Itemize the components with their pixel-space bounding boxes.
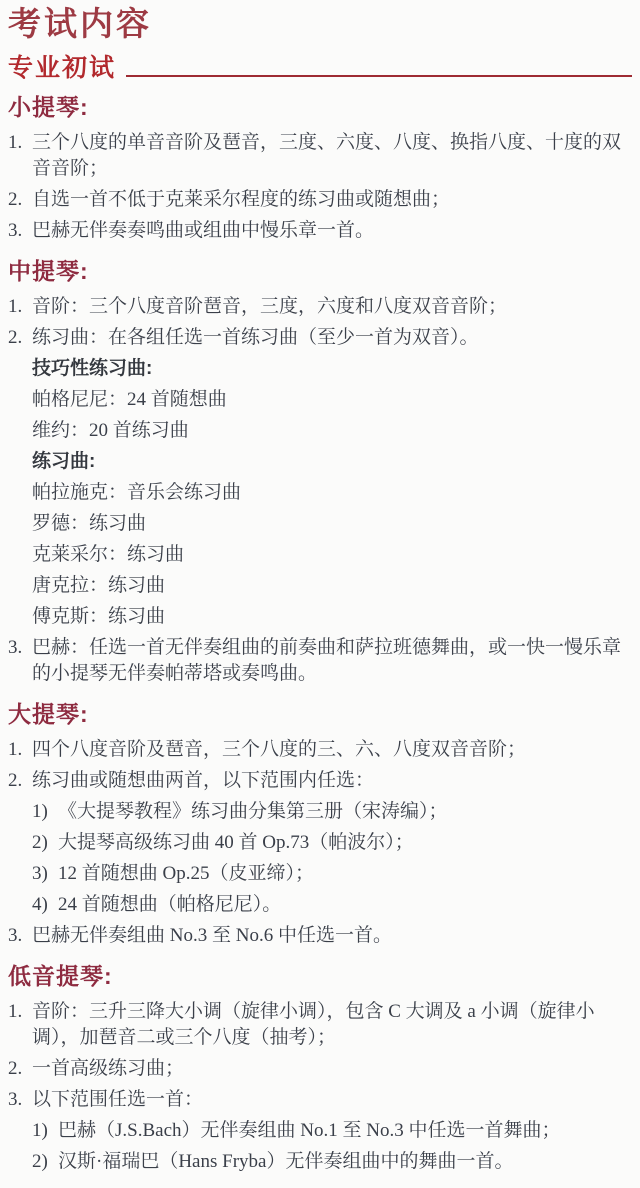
item-number: 3. — [8, 635, 32, 687]
item-number: 3. — [8, 923, 32, 949]
etude-entry: 傅克斯：练习曲 — [32, 604, 634, 630]
list-item: 2. 练习曲：在各组任选一首练习曲（至少一首为双音）。 — [8, 325, 634, 351]
etude-entry: 罗德：练习曲 — [32, 511, 634, 537]
etude-entry: 帕拉施克：音乐会练习曲 — [32, 480, 634, 506]
item-number: 2. — [8, 1056, 32, 1082]
etude-entry: 唐克拉：练习曲 — [32, 573, 634, 599]
list-item: 3. 巴赫无伴奏奏鸣曲或组曲中慢乐章一首。 — [8, 218, 634, 244]
item-number: 1. — [8, 294, 32, 320]
subitem-text: 巴赫（J.S.Bach）无伴奏组曲 No.1 至 No.3 中任选一首舞曲； — [58, 1118, 634, 1144]
list-item: 3. 巴赫：任选一首无伴奏组曲的前奏曲和萨拉班德舞曲，或一快一慢乐章的小提琴无伴… — [8, 635, 634, 687]
exam-content-document: 考试内容 专业初试 小提琴: 1. 三个八度的单音音阶及琶音，三度、六度、八度、… — [0, 0, 640, 1188]
subitem-number: 3) — [32, 861, 58, 887]
subitem-number: 2) — [32, 830, 58, 856]
group-label-technical-etudes: 技巧性练习曲: — [32, 356, 634, 382]
item-text: 以下范围任选一首： — [32, 1087, 634, 1113]
subitem-text: 大提琴高级练习曲 40 首 Op.73（帕波尔）； — [58, 830, 634, 856]
subtitle-preliminary-exam: 专业初试 — [8, 53, 116, 83]
subitem-number: 1) — [32, 799, 58, 825]
subitem-number: 1) — [32, 1118, 58, 1144]
list-item: 2. 一首高级练习曲； — [8, 1056, 634, 1082]
item-number: 1. — [8, 130, 32, 182]
section-viola: 中提琴: 1. 音阶：三个八度音阶琶音，三度，六度和八度双音音阶； 2. 练习曲… — [8, 257, 634, 687]
item-text: 四个八度音阶及琶音，三个八度的三、六、八度双音音阶； — [32, 737, 634, 763]
item-number: 3. — [8, 218, 32, 244]
sub-list-item: 3) 12 首随想曲 Op.25（皮亚缔）； — [32, 861, 634, 887]
subitem-text: 24 首随想曲（帕格尼尼）。 — [58, 892, 634, 918]
section-heading-double-bass: 低音提琴: — [8, 962, 634, 991]
subitem-number: 4) — [32, 892, 58, 918]
item-number: 1. — [8, 737, 32, 763]
item-number: 2. — [8, 325, 32, 351]
list-item: 1. 四个八度音阶及琶音，三个八度的三、六、八度双音音阶； — [8, 737, 634, 763]
item-text: 练习曲或随想曲两首，以下范围内任选： — [32, 768, 634, 794]
subitem-text: 汉斯·福瑞巴（Hans Fryba）无伴奏组曲中的舞曲一首。 — [58, 1149, 634, 1175]
item-text: 三个八度的单音音阶及琶音，三度、六度、八度、换指八度、十度的双音音阶； — [32, 130, 634, 182]
etude-entry: 维约：20 首练习曲 — [32, 418, 634, 444]
item-number: 2. — [8, 768, 32, 794]
item-text: 音阶：三个八度音阶琶音，三度，六度和八度双音音阶； — [32, 294, 634, 320]
list-item: 3. 巴赫无伴奏组曲 No.3 至 No.6 中任选一首。 — [8, 923, 634, 949]
subtitle-rule-line — [126, 75, 632, 77]
list-item: 3. 以下范围任选一首： — [8, 1087, 634, 1113]
sub-list-item: 4) 24 首随想曲（帕格尼尼）。 — [32, 892, 634, 918]
item-number: 2. — [8, 187, 32, 213]
section-heading-violin: 小提琴: — [8, 93, 634, 122]
subitem-text: 《大提琴教程》练习曲分集第三册（宋涛编）； — [58, 799, 634, 825]
section-heading-viola: 中提琴: — [8, 257, 634, 286]
list-item: 1. 音阶：三升三降大小调（旋律小调），包含 C 大调及 a 小调（旋律小调），… — [8, 999, 634, 1051]
item-text: 巴赫无伴奏奏鸣曲或组曲中慢乐章一首。 — [32, 218, 634, 244]
item-number: 3. — [8, 1087, 32, 1113]
sub-list-item: 2) 汉斯·福瑞巴（Hans Fryba）无伴奏组曲中的舞曲一首。 — [32, 1149, 634, 1175]
item-number: 1. — [8, 999, 32, 1051]
sub-list-item: 1) 《大提琴教程》练习曲分集第三册（宋涛编）； — [32, 799, 634, 825]
sub-list-item: 2) 大提琴高级练习曲 40 首 Op.73（帕波尔）； — [32, 830, 634, 856]
list-item: 1. 音阶：三个八度音阶琶音，三度，六度和八度双音音阶； — [8, 294, 634, 320]
etude-entry: 帕格尼尼：24 首随想曲 — [32, 387, 634, 413]
item-text: 一首高级练习曲； — [32, 1056, 634, 1082]
item-text: 练习曲：在各组任选一首练习曲（至少一首为双音）。 — [32, 325, 634, 351]
list-item: 2. 练习曲或随想曲两首，以下范围内任选： — [8, 768, 634, 794]
subitem-text: 12 首随想曲 Op.25（皮亚缔）； — [58, 861, 634, 887]
section-violin: 小提琴: 1. 三个八度的单音音阶及琶音，三度、六度、八度、换指八度、十度的双音… — [8, 93, 634, 244]
item-text: 音阶：三升三降大小调（旋律小调），包含 C 大调及 a 小调（旋律小调），加琶音… — [32, 999, 634, 1051]
etude-entry: 克莱采尔：练习曲 — [32, 542, 634, 568]
list-item: 1. 三个八度的单音音阶及琶音，三度、六度、八度、换指八度、十度的双音音阶； — [8, 130, 634, 182]
sub-list-item: 1) 巴赫（J.S.Bach）无伴奏组曲 No.1 至 No.3 中任选一首舞曲… — [32, 1118, 634, 1144]
subtitle-row: 专业初试 — [8, 53, 634, 83]
section-cello: 大提琴: 1. 四个八度音阶及琶音，三个八度的三、六、八度双音音阶； 2. 练习… — [8, 700, 634, 949]
item-text: 巴赫：任选一首无伴奏组曲的前奏曲和萨拉班德舞曲，或一快一慢乐章的小提琴无伴奏帕蒂… — [32, 635, 634, 687]
page-title: 考试内容 — [8, 4, 634, 44]
item-text: 巴赫无伴奏组曲 No.3 至 No.6 中任选一首。 — [32, 923, 634, 949]
group-label-etudes: 练习曲: — [32, 449, 634, 475]
section-heading-cello: 大提琴: — [8, 700, 634, 729]
section-double-bass: 低音提琴: 1. 音阶：三升三降大小调（旋律小调），包含 C 大调及 a 小调（… — [8, 962, 634, 1175]
list-item: 2. 自选一首不低于克莱采尔程度的练习曲或随想曲； — [8, 187, 634, 213]
item-text: 自选一首不低于克莱采尔程度的练习曲或随想曲； — [32, 187, 634, 213]
subitem-number: 2) — [32, 1149, 58, 1175]
